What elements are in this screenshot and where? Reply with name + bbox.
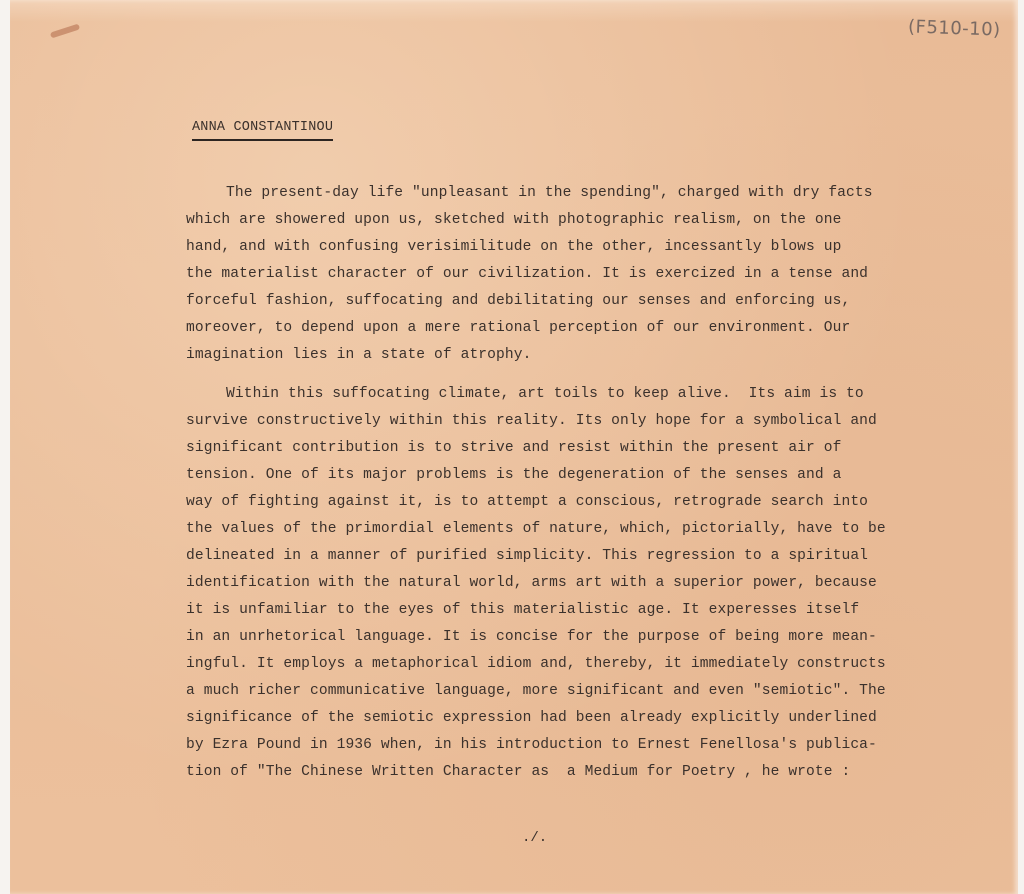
text-line: by Ezra Pound in 1936 when, in his intro… <box>186 732 906 759</box>
text-line: Within this suffocating climate, art toi… <box>186 381 906 408</box>
text-line: ingful. It employs a metaphorical idiom … <box>186 651 906 678</box>
text-line: moreover, to depend upon a mere rational… <box>186 315 906 342</box>
text-line: identification with the natural world, a… <box>186 570 906 597</box>
text-line: hand, and with confusing verisimilitude … <box>186 234 906 261</box>
text-line: which are showered upon us, sketched wit… <box>186 207 906 234</box>
text-line: significance of the semiotic expression … <box>186 705 906 732</box>
paragraph-2: Within this suffocating climate, art toi… <box>186 381 906 786</box>
text-line: imagination lies in a state of atrophy. <box>186 342 906 369</box>
text-line: delineated in a manner of purified simpl… <box>186 543 906 570</box>
text-line: The present-day life "unpleasant in the … <box>186 180 906 207</box>
text-line: forceful fashion, suffocating and debili… <box>186 288 906 315</box>
paragraph-gap <box>186 369 906 381</box>
text-line: tion of "The Chinese Written Character a… <box>186 759 906 786</box>
text-line: in an unrhetorical language. It is conci… <box>186 624 906 651</box>
scanned-page: (F510-10) ANNA CONSTANTINOU The present-… <box>0 0 1024 894</box>
author-heading: ANNA CONSTANTINOU <box>192 120 333 141</box>
text-line: a much richer communicative language, mo… <box>186 678 906 705</box>
text-line: way of fighting against it, is to attemp… <box>186 489 906 516</box>
archive-reference-note: (F510-10) <box>908 16 1001 40</box>
text-line: it is unfamiliar to the eyes of this mat… <box>186 597 906 624</box>
ink-stain-mark <box>50 24 80 39</box>
text-line: significant contribution is to strive an… <box>186 435 906 462</box>
text-line: survive constructively within this reali… <box>186 408 906 435</box>
paragraph-1: The present-day life "unpleasant in the … <box>186 180 906 369</box>
continuation-mark: ./. <box>522 830 547 846</box>
text-line: the materialist character of our civiliz… <box>186 261 906 288</box>
text-line: the values of the primordial elements of… <box>186 516 906 543</box>
typed-body-text: The present-day life "unpleasant in the … <box>186 180 906 786</box>
text-line: tension. One of its major problems is th… <box>186 462 906 489</box>
